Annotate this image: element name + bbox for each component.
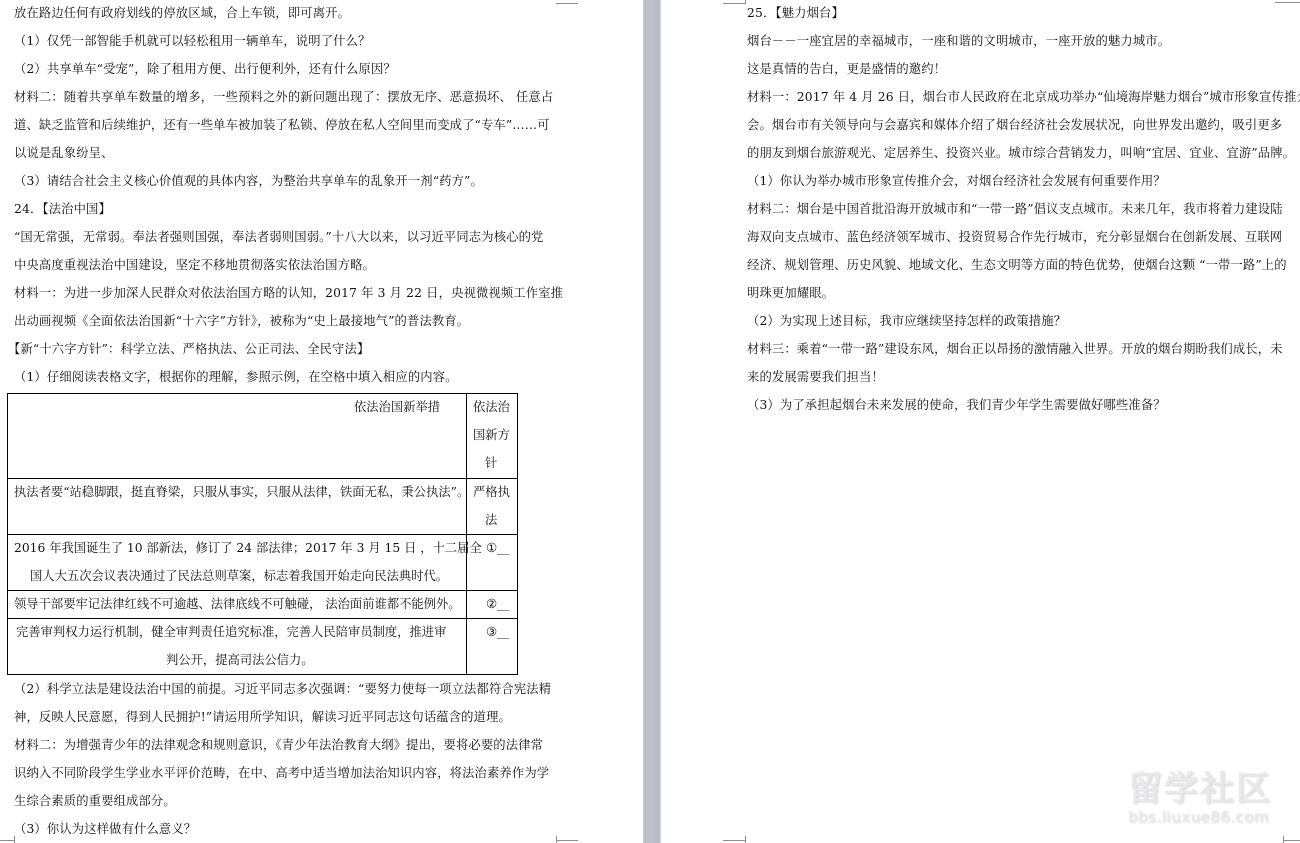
crop-mark xyxy=(556,840,578,841)
material-line: 识纳入不同阶段学生学业水平评价范畴，在中、高考中适当增加法治知识内容，将法治素养… xyxy=(14,765,549,781)
section-heading-25: 25．【魅力烟台】 xyxy=(747,5,844,21)
material-line: 海双向支点城市、蓝色经济领军城市、投资贸易合作先行城市，充分彰显烟台在创新发展、… xyxy=(747,229,1282,245)
document-page-right: 25．【魅力烟台】 烟台－－一座宜居的幸福城市，一座和谐的文明城市，一座开放的魅… xyxy=(661,0,1300,843)
header-policy-line: 国新方 xyxy=(473,421,510,449)
question-line: （2）为实现上述目标，我市应继续坚持怎样的政策措施？ xyxy=(747,313,1066,329)
question-line: （3）为了承担起烟台未来发展的使命，我们青少年学生需要做好哪些准备？ xyxy=(747,397,1166,413)
measure-text: 国人大五次会议表决通过了民法总则草案，标志着我国开始走向民法典时代。 xyxy=(30,562,448,590)
paragraph-line: 中央高度重视法治中国建设，坚定不移地贯彻落实依法治国方略。 xyxy=(14,257,375,273)
material-line: 经济、规划管理、历史风貌、地域文化、生态文明等方面的特色优势，使烟台这颗 “一带… xyxy=(747,257,1287,273)
paragraph-line: 烟台－－一座宜居的幸福城市，一座和谐的文明城市，一座开放的魅力城市。 xyxy=(747,33,1170,49)
material-line: 道、缺乏监管和后续维护，还有一些单车被加装了私锁、停放在私人空间里而变成了“专车… xyxy=(14,117,550,133)
material-line: 材料一：2017 年 4 月 26 日，烟台市人民政府在北京成功举办“仙境海岸魅… xyxy=(747,89,1300,105)
question-line: （2）科学立法是建设法治中国的前提。习近平同志多次强调：“要努力使每一项立法都符… xyxy=(14,681,551,697)
table-header-row: 依法治国新举措 依法治 国新方 针 xyxy=(8,394,517,479)
measure-text: 执法者要“站稳脚跟，挺直脊梁，只服从事实，只服从法律，铁面无私，秉公执法”。 xyxy=(14,478,469,506)
document-page-left: 放在路边任何有政府划线的停放区域，合上车锁，即可离开。 （1）仅凭一部智能手机就… xyxy=(0,0,643,843)
table-row: 领导干部要牢记法律红线不可逾越、法律底线不可触碰， 法治面前谁都不能例外。 ②_… xyxy=(8,590,517,619)
crop-mark xyxy=(723,3,745,4)
material-line: 以说是乱象纷呈、 xyxy=(14,145,114,161)
crop-mark xyxy=(0,840,14,841)
crop-mark xyxy=(556,3,578,4)
site-watermark: 留学社区 bbs.liuxue86.com xyxy=(1128,770,1288,834)
measure-text: 完善审判权力运行机制，健全审判责任追究标准，完善人民陪审员制度，推进审 xyxy=(16,618,446,646)
paragraph-line: 放在路边任何有政府划线的停放区域，合上车锁，即可离开。 xyxy=(14,5,350,21)
material-line: 材料三：乘着“一带一路”建设东风，烟台正以昂扬的激情融入世界。开放的烟台期盼我们… xyxy=(747,341,1283,357)
policy-text: 严格执 xyxy=(473,478,510,506)
crop-mark xyxy=(723,840,745,841)
crop-mark xyxy=(1275,2,1300,3)
material-line: 材料二：烟台是中国首批沿海开放城市和“一带一路”倡议支点城市。未来几年，我市将着… xyxy=(747,201,1283,217)
answer-blank-3[interactable]: ③__ xyxy=(486,618,509,646)
material-line: 明珠更加耀眼。 xyxy=(747,285,834,301)
question-line: （1）你认为举办城市形象宣传推介会，对烟台经济社会发展有何重要作用？ xyxy=(747,173,1166,189)
paragraph-line: “国无常强，无常弱。奉法者强则国强，奉法者弱则国弱。”十八大以来，以习近平同志为… xyxy=(14,229,544,245)
material-line: 来的发展需要我们担当！ xyxy=(747,369,884,385)
law-measures-table: 依法治国新举措 依法治 国新方 针 执法者要“站稳脚跟，挺直脊梁，只服从事实，只… xyxy=(7,393,518,675)
material-line: 的朋友到烟台旅游观光、定居养生、投资兴业。城市综合营销发力，叫响“宜居、宜业、宜… xyxy=(747,145,1295,161)
crop-mark xyxy=(745,0,746,4)
measure-text: 领导干部要牢记法律红线不可逾越、法律底线不可触碰， 法治面前谁都不能例外。 xyxy=(14,590,461,618)
crop-mark xyxy=(1284,840,1300,841)
header-policy-line: 依法治 xyxy=(473,393,510,421)
answer-blank-2[interactable]: ②__ xyxy=(486,590,509,618)
question-line: 神，反映人民意愿，得到人民拥护!”请运用所学知识，解读习近平同志这句话蕴含的道理… xyxy=(14,709,511,725)
question-line: （3）你认为这样做有什么意义？ xyxy=(14,821,196,837)
material-line: 材料二：为增强青少年的法律观念和规则意识，《青少年法治教育大纲》提出，要将必要的… xyxy=(14,737,543,753)
question-line: （1）仅凭一部智能手机就可以轻松租用一辆单车，说明了什么？ xyxy=(14,33,371,49)
table-row: 2016 年我国诞生了 10 部新法，修订了 24 部法律；2017 年 3 月… xyxy=(8,534,517,591)
material-line: 材料二：随着共享单车数量的增多，一些预料之外的新问题出现了：摆放无序、恶意损坏、… xyxy=(14,89,553,105)
question-line: （3）请结合社会主义核心价值观的具体内容，为整治共享单车的乱象开一剂“药方”。 xyxy=(14,173,483,189)
material-line: 会。烟台市有关领导向与会嘉宾和媒体介绍了烟台经济社会发展状况，向世界发出邀约，吸… xyxy=(747,117,1282,133)
section-heading-24: 24．【法治中国】 xyxy=(14,201,111,217)
question-line: （2）共享单车“受宠”，除了租用方便、出行便利外，还有什么原因？ xyxy=(14,61,396,77)
paragraph-line: 这是真情的告白，更是盛情的邀约！ xyxy=(747,61,946,77)
crop-mark xyxy=(14,836,15,843)
material-line: 材料一：为进一步加深人民群众对依法治国方略的认知，2017 年 3 月 22 日… xyxy=(14,285,563,301)
header-measure: 依法治国新举措 xyxy=(354,393,440,421)
crop-mark xyxy=(745,836,746,843)
watermark-title: 留学社区 xyxy=(1128,770,1288,808)
policy-text: 法 xyxy=(485,506,497,534)
page-gutter xyxy=(643,0,661,843)
watermark-url: bbs.liuxue86.com xyxy=(1128,808,1288,826)
question-line: （1）仔细阅读表格文字，根据你的理解，参照示例，在空格中填入相应的内容。 xyxy=(14,369,458,385)
crop-mark xyxy=(556,836,557,843)
material-line: 生综合素质的重要组成部分。 xyxy=(14,793,176,809)
policy-summary-line: 【新“十六字方针”：科学立法、严格执法、公正司法、全民守法】 xyxy=(8,341,369,357)
header-policy-line: 针 xyxy=(485,449,497,477)
material-line: 出动画视频《全面依法治国新“十六字”方针》，被称为“史上最接地气”的普法教育。 xyxy=(14,313,469,329)
measure-text: 判公开，提高司法公信力。 xyxy=(166,646,314,674)
measure-text: 2016 年我国诞生了 10 部新法，修订了 24 部法律；2017 年 3 月… xyxy=(14,534,482,562)
answer-blank-1[interactable]: ①__ xyxy=(486,534,509,562)
table-row: 执法者要“站稳脚跟，挺直脊梁，只服从事实，只服从法律，铁面无私，秉公执法”。 严… xyxy=(8,478,517,535)
table-row: 完善审判权力运行机制，健全审判责任追究标准，完善人民陪审员制度，推进审 判公开，… xyxy=(8,618,517,675)
